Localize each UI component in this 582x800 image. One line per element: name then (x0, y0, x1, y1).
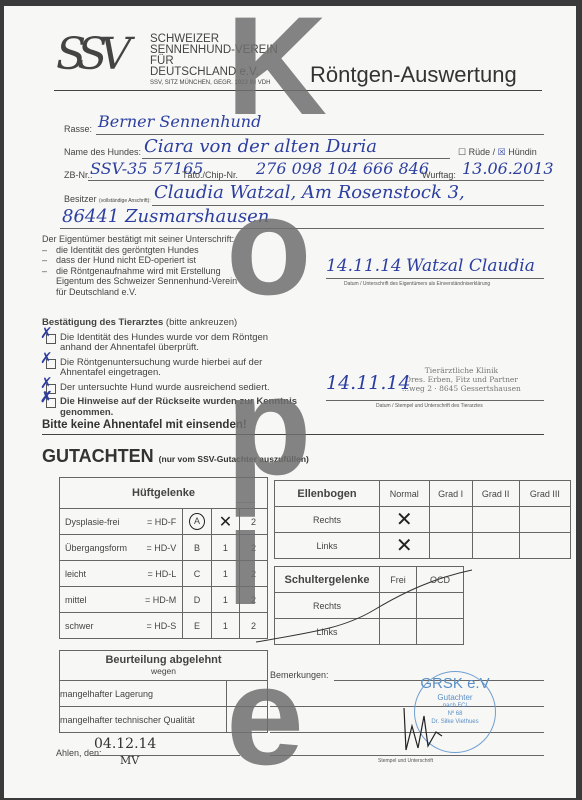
hip-label: leicht (65, 569, 86, 579)
watermark-letter: K (226, 0, 327, 136)
elbow-grade2-cell[interactable] (472, 533, 519, 559)
place-date-field[interactable]: 04.12.14 (94, 736, 156, 752)
hip-label: Dysplasie-frei (65, 517, 120, 527)
grade-circled: A (189, 513, 205, 530)
check-mark-icon: ✗ (40, 393, 53, 404)
hip-label: Übergangsform (65, 543, 127, 553)
elbow-grade2-cell[interactable] (472, 507, 519, 533)
owner-signature[interactable]: Watzal Claudia (406, 256, 535, 276)
check-mark-icon: ✗ (40, 379, 53, 390)
male-checkbox[interactable]: ☐ (458, 147, 466, 157)
elbow-grade3-cell[interactable] (519, 507, 570, 533)
table-row: Rechts ✕ (275, 507, 571, 533)
ssv-logo: SSV (56, 34, 134, 76)
sex-separator: / (493, 147, 496, 157)
female-label: Hündin (508, 147, 537, 157)
assessor-signature[interactable] (396, 706, 446, 756)
stamp-signature-line (270, 755, 544, 756)
table-row: Links ✕ (275, 533, 571, 559)
owner-signature-caption: Datum / Unterschrift des Eigentümers als… (344, 281, 490, 287)
column-header: Grad I (429, 481, 472, 507)
check-mark-icon: ✗ (40, 329, 53, 340)
elbow-row-label: Links (275, 533, 380, 559)
breed-label: Rasse: (64, 124, 92, 134)
whelp-date-label: Wurftag: (422, 170, 456, 180)
vet-clinic-stamp: Tierärztliche Klinik Dres. Erben, Fitz u… (402, 366, 521, 393)
elbow-table: Ellenbogen Normal Grad I Grad II Grad II… (274, 480, 571, 559)
zb-underline (88, 180, 544, 181)
x-ray-evaluation-form: SSV SCHWEIZER SENNENHUND-VEREIN FÜR DEUT… (4, 6, 576, 798)
hip-code: = HD-L (148, 569, 183, 579)
hip-code: = HD-F (147, 517, 182, 527)
confirm-item: die Röntgenaufnahme wird mit Erstellung (42, 266, 237, 277)
column-header: Grad III (519, 481, 570, 507)
rejection-reason: mangelhafter Lagerung (60, 681, 227, 707)
owner-label: Besitzer (vollständige Anschrift): (64, 194, 151, 204)
stamp-role: Gutachter (415, 694, 495, 702)
hip-row-label: Dysplasie-frei= HD-F (60, 509, 183, 535)
sex-selector: ☐ Rüde / ☒ Hündin (458, 147, 537, 158)
rejection-reason: mangelhafter technischer Qualität (60, 707, 227, 733)
elbow-normal-cell[interactable]: ✕ (380, 533, 430, 559)
vet-signature-date[interactable]: 14.11.14 (326, 372, 411, 394)
column-header: Grad II (472, 481, 519, 507)
elbow-grade1-cell[interactable] (429, 507, 472, 533)
hip-code: = HD-M (145, 595, 182, 605)
owner-label-note: (vollständige Anschrift): (99, 198, 151, 204)
elbow-normal-cell[interactable]: ✕ (380, 507, 430, 533)
place-date-line (90, 755, 240, 756)
hip-grade-cell[interactable]: A (183, 509, 211, 535)
hip-row-label: mittel= HD-M (60, 587, 183, 613)
female-checkbox[interactable]: ☒ (498, 147, 506, 157)
hip-row-label: Übergangsform= HD-V (60, 535, 183, 561)
stamp-line: Tierärztliche Klinik (402, 366, 521, 375)
owner-signature-date[interactable]: 14.11.14 (326, 256, 402, 276)
confirm-intro: Der Eigentümer bestätigt mit seiner Unte… (42, 234, 237, 245)
page-title: Röntgen-Auswertung (310, 62, 517, 88)
stamp-line: ...weg 2 · 8645 Gessertshausen (402, 384, 521, 393)
column-header: Normal (380, 481, 430, 507)
watermark-letter: i (226, 486, 265, 626)
cross-mark-icon: ✕ (396, 509, 413, 531)
hip-code: = HD-V (147, 543, 183, 553)
check-mark-icon: ✗ (40, 354, 53, 365)
hip-grade-cell[interactable]: C (183, 561, 211, 587)
hip-code: = HD-S (147, 621, 183, 631)
hip-label: schwer (65, 621, 94, 631)
vet-heading-text: Bestätigung des Tierarztes (42, 317, 163, 328)
whelp-date-field[interactable]: 13.06.2013 (462, 159, 554, 178)
cross-mark-icon: ✕ (396, 535, 413, 557)
hip-row-label: leicht= HD-L (60, 561, 183, 587)
hip-label: mittel (65, 595, 87, 605)
elbow-grade3-cell[interactable] (519, 533, 570, 559)
stamp-org: GRSK e.V (415, 674, 495, 694)
confirm-item-cont: Eigentum des Schweizer Sennenhund-Verein (42, 276, 237, 287)
strike-through-line (254, 566, 474, 646)
rejection-subtitle: wegen (151, 666, 176, 676)
vet-signature-caption: Datum / Stempel und Unterschrift des Tie… (376, 403, 483, 409)
stamp-line: Dres. Erben, Fitz und Partner (402, 375, 521, 384)
owner-label-text: Besitzer (64, 194, 97, 204)
no-pedigree-warning: Bitte keine Ahnentafel mit einsenden! (42, 419, 247, 431)
owner-signature-line (326, 278, 544, 279)
hip-row-label: schwer= HD-S (60, 613, 183, 639)
male-label: Rüde (469, 147, 491, 157)
owner-confirmation: Der Eigentümer bestätigt mit seiner Unte… (42, 234, 237, 297)
hip-grade-cell[interactable]: B (183, 535, 211, 561)
hip-grade-cell[interactable]: D (183, 587, 211, 613)
confirm-item: dass der Hund nicht ED-operiert ist (42, 255, 237, 266)
watermark-letter: e (226, 646, 304, 786)
confirm-item-cont: für Deutschland e.V. (42, 287, 237, 298)
elbow-row-label: Rechts (275, 507, 380, 533)
vet-signature-line (326, 400, 544, 401)
watermark-letter: o (226, 176, 312, 316)
report-title: GUTACHTEN (42, 446, 154, 466)
zb-number-label: ZB-Nr.: (64, 170, 93, 180)
watermark-letter: p (226, 356, 312, 496)
stamp-signature-caption: Stempel und Unterschrift (378, 758, 433, 764)
elbow-grade1-cell[interactable] (429, 533, 472, 559)
hip-grade-cell[interactable]: E (183, 613, 211, 639)
confirm-item: die Identität des geröntgten Hundes (42, 245, 237, 256)
dog-name-label: Name des Hundes: (64, 147, 141, 157)
